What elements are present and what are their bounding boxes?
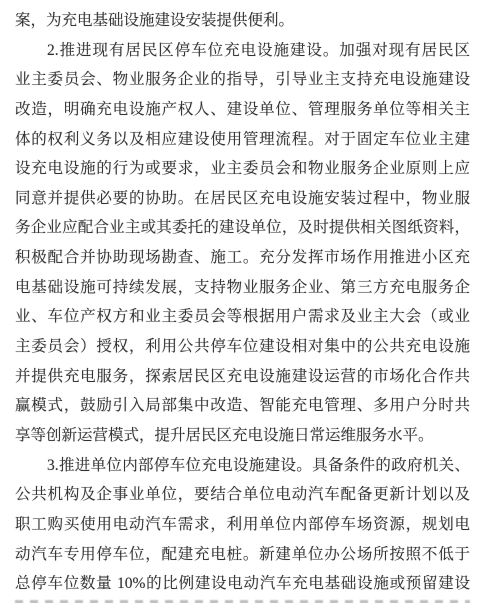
text-line: 积极配合并协助现场勘查、施工。充分发挥市场作用推进小区充	[15, 243, 470, 273]
text-line: 电基础设施可持续发展，支持物业服务企业、第三方充电服务企	[15, 273, 470, 303]
document-text-block: 案，为充电基础设施建设安装提供便利。2.推进现有居民区停车位充电设施建设。加强对…	[15, 6, 470, 599]
text-line: 赢模式，鼓励引入局部集中改造、智能充电管理、多用户分时共	[15, 391, 470, 421]
text-line: 2.推进现有居民区停车位充电设施建设。加强对现有居民区	[15, 36, 470, 66]
text-line: 职工购买使用电动汽车需求，利用单位内部停车场资源，规划电	[15, 510, 470, 540]
text-line: 同意并提供必要的协助。在居民区充电设施安装过程中，物业服	[15, 184, 470, 214]
text-line: 务企业应配合业主或其委托的建设单位，及时提供相关图纸资料，	[15, 213, 470, 243]
text-line: 动汽车专用停车位，配建充电桩。新建单位办公场所按照不低于	[15, 540, 470, 570]
text-line: 业主委员会、物业服务企业的指导，引导业主支持充电设施建设	[15, 65, 470, 95]
document-page: 案，为充电基础设施建设安装提供便利。2.推进现有居民区停车位充电设施建设。加强对…	[0, 0, 484, 603]
text-line: 公共机构及企事业单位，要结合单位电动汽车配备更新计划以及	[15, 480, 470, 510]
text-line: 体的权利义务以及相应建设使用管理流程。对于固定车位业主建	[15, 125, 470, 155]
text-line: 业、车位产权方和业主委员会等根据用户需求及业主大会（或业	[15, 302, 470, 332]
text-line: 主委员会）授权，利用公共停车位建设相对集中的公共充电设施	[15, 332, 470, 362]
text-line: 改造，明确充电设施产权人、建设单位、管理服务单位等相关主	[15, 95, 470, 125]
text-line: 享等创新运营模式，提升居民区充电设施日常运维服务水平。	[15, 421, 470, 451]
text-line: 设充电设施的行为或要求，业主委员会和物业服务企业原则上应	[15, 154, 470, 184]
text-line: 3.推进单位内部停车位充电设施建设。具备条件的政府机关、	[15, 451, 470, 481]
text-line: 案，为充电基础设施建设安装提供便利。	[15, 6, 470, 36]
text-line: 总停车位数量 10%的比例建设电动汽车充电基础设施或预留建设	[15, 569, 470, 599]
text-line: 并提供充电服务，探索居民区充电设施建设运营的市场化合作共	[15, 362, 470, 392]
